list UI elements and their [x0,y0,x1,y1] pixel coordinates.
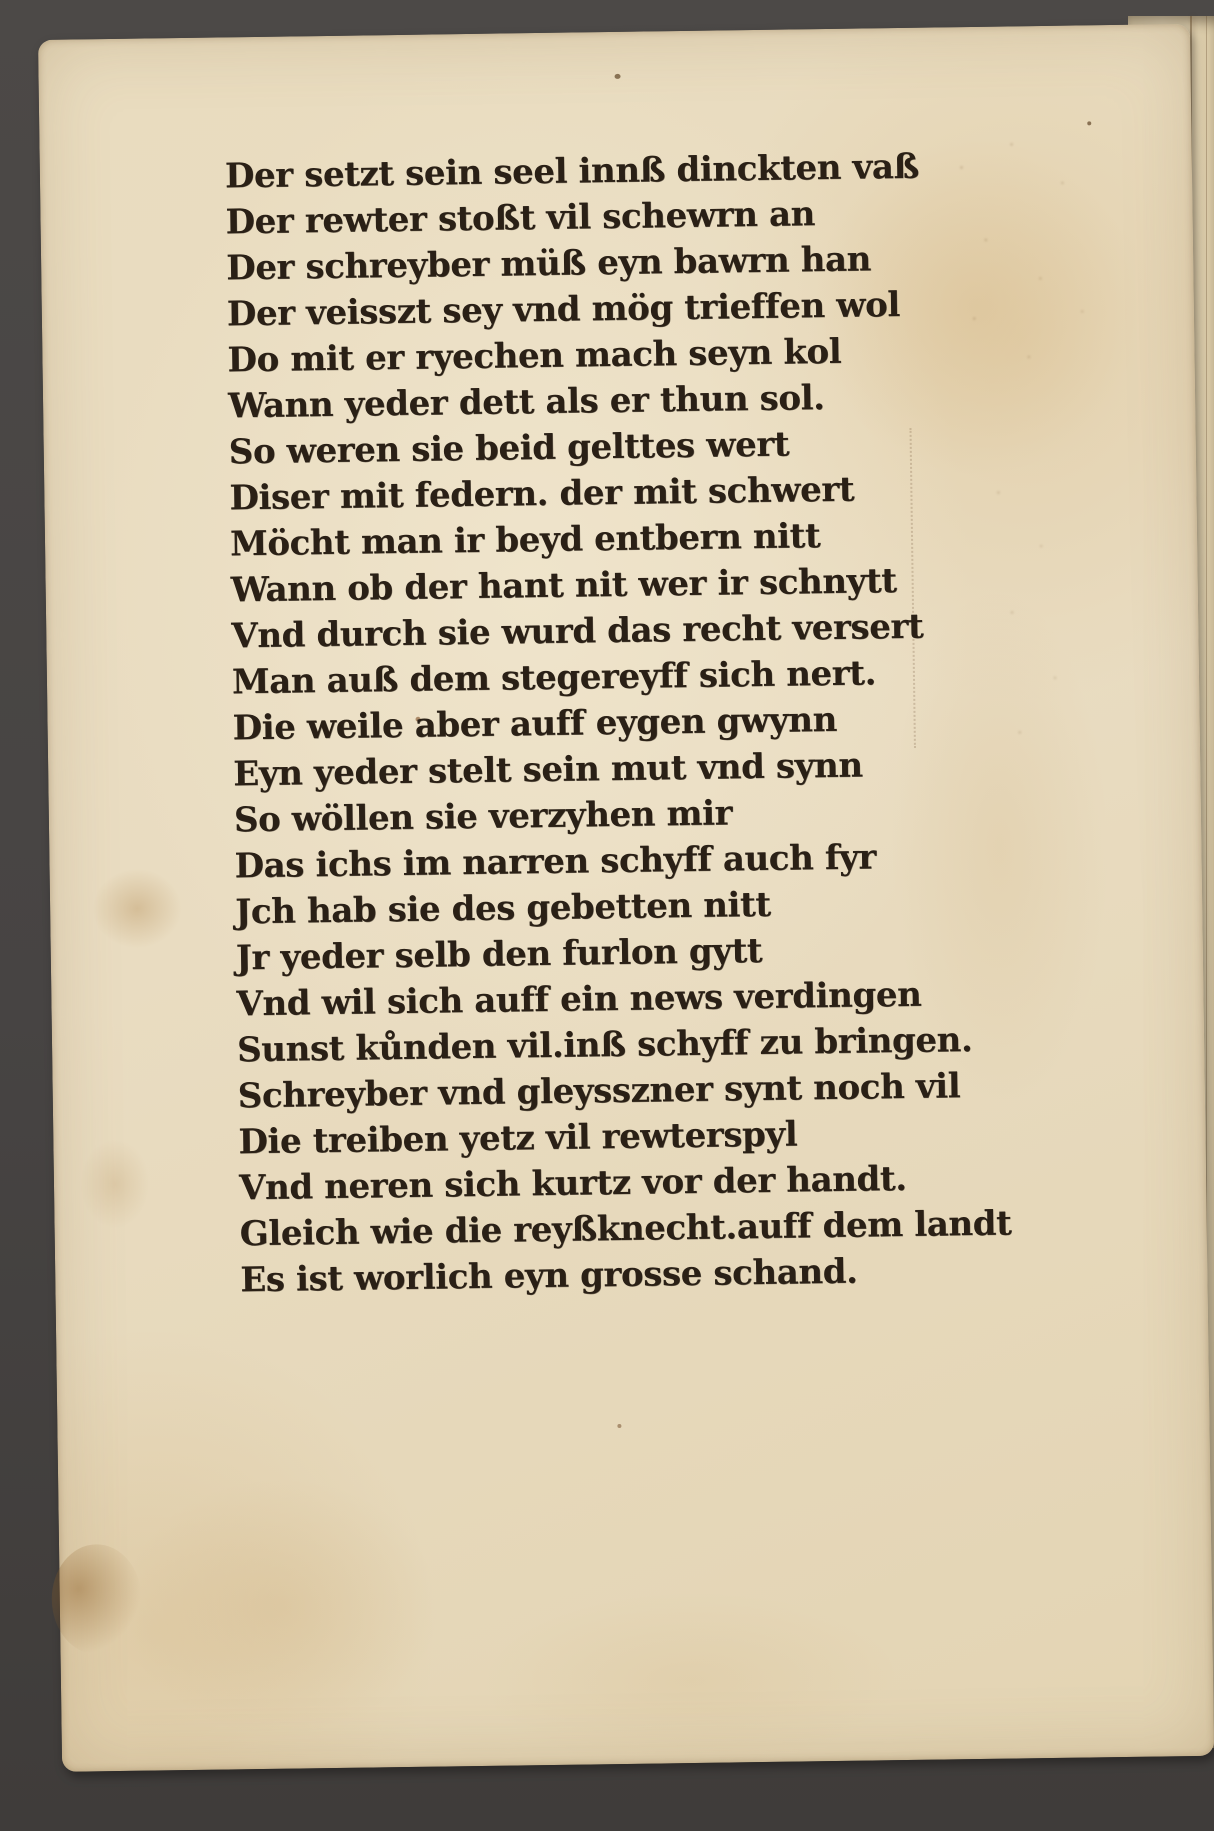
stain [92,868,183,949]
verse-line: Es ist worlich eyn grosse schand. [240,1247,1001,1304]
ink-speck [615,74,621,79]
stain [51,1544,143,1655]
ink-speck [617,1424,621,1428]
ink-bleedthrough [974,455,1098,757]
stain [118,1475,442,1739]
book-page: Der setzt sein seel innß dinckten vaßDer… [38,24,1214,1772]
stain [79,1139,150,1230]
ink-speck [1087,121,1091,125]
scanned-book-photo: Der setzt sein seel innß dinckten vaßDer… [0,0,1214,1831]
stain [480,1588,902,1774]
verse-text-block: Der setzt sein seel innß dinckten vaßDer… [225,143,1001,1303]
